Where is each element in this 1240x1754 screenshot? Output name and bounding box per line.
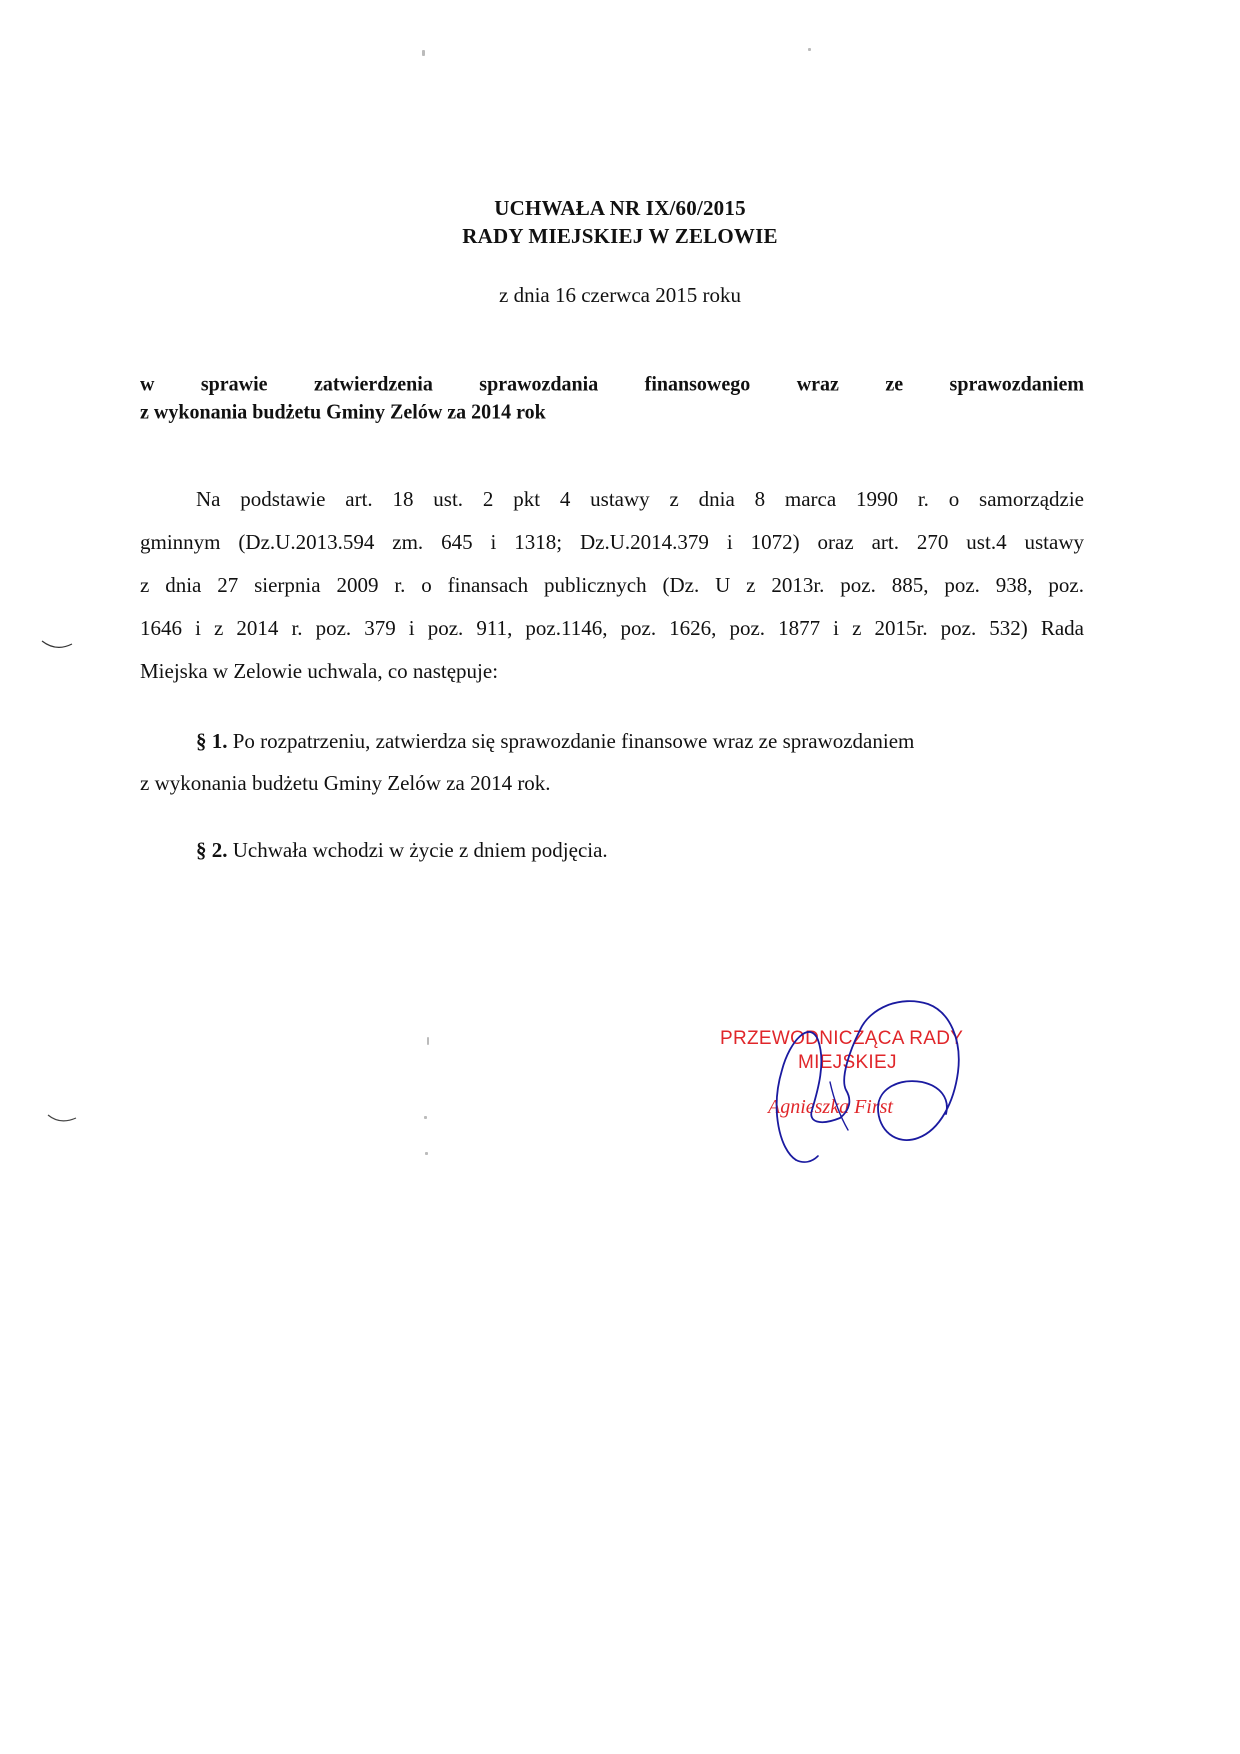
- stamp-title: MIEJSKIEJ: [798, 1052, 897, 1074]
- paragraph-1: § 1. Po rozpatrzeniu, zatwierdza się spr…: [196, 729, 1084, 754]
- preamble-line: z dnia 27 sierpnia 2009 r. o finansach p…: [140, 573, 1084, 598]
- scan-speck: [425, 1152, 428, 1155]
- council-name: RADY MIEJSKIEJ W ZELOWIE: [0, 224, 1240, 249]
- scan-speck: [424, 1116, 427, 1119]
- paragraph-number: § 2.: [196, 838, 228, 862]
- paragraph-number: § 1.: [196, 729, 228, 753]
- paragraph-2: § 2. Uchwała wchodzi w życie z dniem pod…: [196, 838, 1084, 863]
- margin-mark: [40, 638, 80, 652]
- subject-line: z wykonania budżetu Gminy Zelów za 2014 …: [140, 400, 1084, 425]
- preamble-line: gminnym (Dz.U.2013.594 zm. 645 i 1318; D…: [140, 530, 1084, 555]
- scan-speck: [422, 50, 425, 56]
- scan-speck: [808, 48, 811, 51]
- resolution-date: z dnia 16 czerwca 2015 roku: [0, 283, 1240, 308]
- paragraph-1-continuation: z wykonania budżetu Gminy Zelów za 2014 …: [140, 771, 1084, 796]
- preamble-line: 1646 i z 2014 r. poz. 379 i poz. 911, po…: [140, 616, 1084, 641]
- stamp-name: Agnieszka First: [768, 1096, 893, 1119]
- resolution-number: UCHWAŁA NR IX/60/2015: [0, 196, 1240, 221]
- paragraph-text: Uchwała wchodzi w życie z dniem podjęcia…: [228, 838, 608, 862]
- handwritten-signature: [700, 990, 1000, 1170]
- paragraph-text: Po rozpatrzeniu, zatwierdza się sprawozd…: [228, 729, 915, 753]
- document-page: UCHWAŁA NR IX/60/2015 RADY MIEJSKIEJ W Z…: [0, 0, 1240, 1754]
- stamp-title: PRZEWODNICZĄCA RADY: [720, 1028, 963, 1050]
- margin-mark: [46, 1112, 86, 1126]
- subject-line: w sprawie zatwierdzenia sprawozdania fin…: [140, 372, 1084, 397]
- preamble-line: Na podstawie art. 18 ust. 2 pkt 4 ustawy…: [196, 487, 1084, 512]
- preamble-line: Miejska w Zelowie uchwala, co następuje:: [140, 659, 1084, 684]
- scan-speck: [427, 1037, 429, 1045]
- chairperson-stamp: PRZEWODNICZĄCA RADY MIEJSKIEJ Agnieszka …: [700, 990, 1000, 1170]
